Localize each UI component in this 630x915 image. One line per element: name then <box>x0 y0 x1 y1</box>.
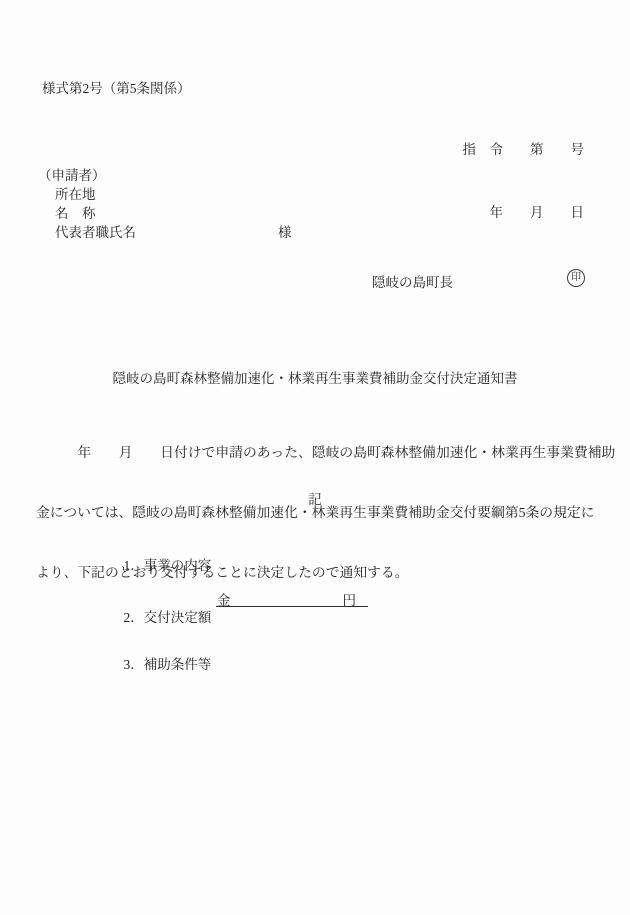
document-page: 様式第2号（第5条関係） 指 令 第 号 年 月 日 （申請者） 所在地 名 称… <box>0 0 630 915</box>
seal-text: 印 <box>571 273 581 283</box>
list-item-label: 1．事業の内容 <box>124 558 212 573</box>
list-item-label: 3．補助条件等 <box>124 657 212 672</box>
reference-block: 指 令 第 号 年 月 日 <box>463 97 585 265</box>
list-item-grant-conditions: 3．補助条件等 <box>110 637 211 689</box>
amount-blank-field: 金 円 <box>216 589 368 607</box>
amount-suffix: 円 <box>343 589 357 604</box>
list-item-label: 2．交付決定額 <box>124 610 212 625</box>
issue-date-line: 年 月 日 <box>463 202 585 223</box>
applicant-name-label: 名 称 <box>55 202 96 222</box>
document-title: 隠岐の島町森林整備加速化・林業再生事業費補助金交付決定通知書 <box>0 367 630 387</box>
directive-number-line: 指 令 第 号 <box>463 139 585 160</box>
applicant-heading: （申請者） <box>38 164 106 184</box>
mayor-title: 隠岐の島町長 <box>372 271 453 291</box>
record-marker: 記 <box>0 488 630 508</box>
list-item-project-description: 1．事業の内容 <box>110 538 211 590</box>
seal-icon: 印 <box>567 269 585 287</box>
applicant-representative-label: 代表者職氏名 <box>55 221 136 241</box>
form-number: 様式第2号（第5条関係） <box>42 77 191 97</box>
honorific-label: 様 <box>278 221 292 241</box>
applicant-address-label: 所在地 <box>55 183 96 203</box>
amount-prefix: 金 <box>217 589 231 604</box>
body-line-1: 年 月 日付けで申請のあった、隠岐の島町森林整備加速化・林業再生事業費補助 <box>36 443 615 463</box>
